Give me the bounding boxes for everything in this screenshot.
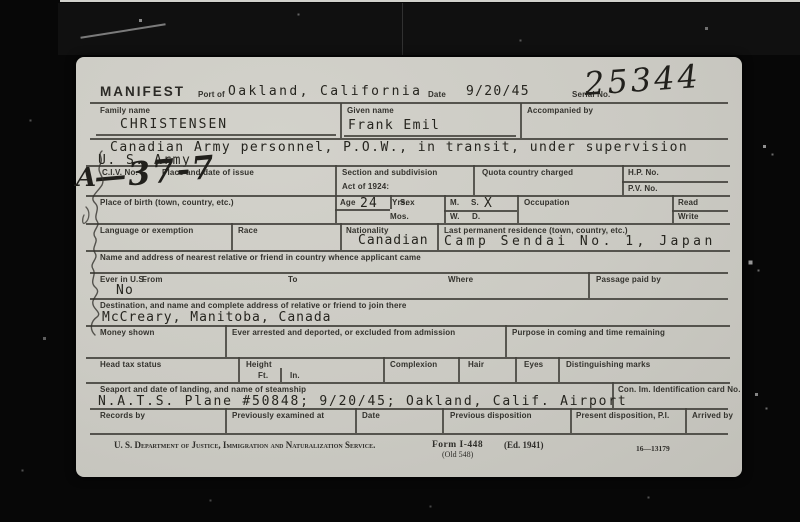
divider <box>515 357 517 382</box>
where-label: Where <box>448 275 473 284</box>
hp-no-label: H.P. No. <box>628 168 659 177</box>
occupation-label: Occupation <box>524 198 570 207</box>
nearest-relative-label: Name and address of nearest relative or … <box>100 253 421 262</box>
divider <box>238 357 240 382</box>
given-name-underline <box>344 135 516 137</box>
divider <box>280 368 282 382</box>
records-date-label: Date <box>362 411 380 420</box>
sex-label: Sex <box>400 198 415 207</box>
inches-label: In. <box>290 371 300 380</box>
previous-disposition-label: Previous disposition <box>450 411 532 420</box>
to-label: To <box>288 275 297 284</box>
rule-header <box>90 102 728 104</box>
complexion-label: Complexion <box>390 360 437 369</box>
divider <box>458 357 460 382</box>
rule-yrs-mos <box>335 209 390 211</box>
date-label: Date <box>428 90 446 99</box>
divider <box>505 325 507 357</box>
film-dust-specks <box>0 0 1 1</box>
quota-country-label: Quota country charged <box>482 168 573 177</box>
divider <box>340 103 342 138</box>
divider <box>558 357 560 382</box>
divider <box>622 165 624 195</box>
money-shown-label: Money shown <box>100 328 155 337</box>
single-x-mark: X <box>484 196 493 211</box>
widowed-label: W. <box>450 212 460 221</box>
film-scratch-vertical <box>402 3 403 55</box>
hair-label: Hair <box>468 360 484 369</box>
divider <box>520 103 522 138</box>
agency-imprint: U. S. Department of Justice, Immigration… <box>114 440 375 450</box>
rule-nationality <box>86 250 730 252</box>
divider <box>685 408 687 433</box>
margin-handwriting-illegible <box>78 149 108 339</box>
previously-examined-label: Previously examined at <box>232 411 324 420</box>
single-label: S. <box>471 198 479 207</box>
divider <box>444 195 446 223</box>
divider <box>335 165 337 195</box>
landing-value: N.A.T.S. Plane #50848; 9/20/45; Oakland,… <box>98 394 627 409</box>
ever-in-us-value: No <box>116 283 134 298</box>
divider <box>231 223 233 250</box>
rule-civ <box>86 195 730 197</box>
divider <box>340 223 342 250</box>
divider <box>517 195 519 223</box>
port-label: Port of <box>198 90 225 99</box>
mos-label: Mos. <box>390 212 409 221</box>
act-of-1924-label: Act of 1924: <box>342 182 389 191</box>
nationality-value: Canadian <box>358 233 429 248</box>
form-number: Form I-448 <box>432 440 483 450</box>
records-by-label: Records by <box>100 411 145 420</box>
passage-paid-label: Passage paid by <box>596 275 661 284</box>
married-label: M. <box>450 198 459 207</box>
given-name-value: Frank Emil <box>348 118 440 133</box>
rule-birth <box>86 223 730 225</box>
divider <box>672 195 674 223</box>
destination-label: Destination, and name and complete addre… <box>100 301 406 310</box>
family-name-underline <box>96 134 336 136</box>
accompanied-by-label: Accompanied by <box>527 106 593 115</box>
old-form-number: (Old 548) <box>442 450 473 459</box>
family-name-value: CHRISTENSEN <box>120 117 228 132</box>
race-label: Race <box>238 226 258 235</box>
divider <box>473 165 475 195</box>
arrived-by-label: Arrived by <box>692 411 733 420</box>
divorced-label: D. <box>472 212 480 221</box>
rule-money <box>86 357 730 359</box>
destination-value: McCreary, Manitoba, Canada <box>102 310 332 325</box>
from-label: From <box>142 275 163 284</box>
rule-records <box>90 433 728 435</box>
rule-hp-pv <box>622 181 728 183</box>
age-label: Age <box>340 198 356 207</box>
con-im-card-label: Con. Im. Identification card No. <box>618 385 741 394</box>
given-name-label: Given name <box>347 106 394 115</box>
language-label: Language or exemption <box>100 226 193 235</box>
pv-no-label: P.V. No. <box>628 184 658 193</box>
date-value: 9/20/45 <box>466 84 530 99</box>
section-subdivision-label: Section and subdivision <box>342 168 437 177</box>
film-frame-line <box>60 0 800 2</box>
seaport-landing-label: Seaport and date of landing, and name of… <box>100 385 306 394</box>
divider <box>390 195 392 209</box>
divider <box>355 408 357 433</box>
place-of-birth-label: Place of birth (town, country, etc.) <box>100 198 234 207</box>
rule-ever-us <box>90 298 728 300</box>
divider <box>383 357 385 382</box>
distinguishing-marks-label: Distinguishing marks <box>566 360 650 369</box>
write-label: Write <box>678 212 699 221</box>
eyes-label: Eyes <box>524 360 543 369</box>
manifest-card: MANIFEST Port of Oakland, California Dat… <box>76 57 742 477</box>
read-label: Read <box>678 198 698 207</box>
form-edition: (Ed. 1941) <box>504 440 544 450</box>
height-label: Height <box>246 360 272 369</box>
divider <box>437 223 439 250</box>
ever-arrested-label: Ever arrested and deported, or excluded … <box>232 328 455 337</box>
rule-relative <box>90 272 728 274</box>
print-code: 16—13179 <box>636 444 670 453</box>
serial-number-handwritten: 25344 <box>583 57 702 103</box>
head-tax-label: Head tax status <box>100 360 161 369</box>
feet-label: Ft. <box>258 371 268 380</box>
family-name-label: Family name <box>100 106 150 115</box>
rule-destination <box>86 325 730 327</box>
microfilm-top-band <box>58 3 800 55</box>
port-value: Oakland, California <box>228 84 422 99</box>
divider <box>588 272 590 298</box>
divider <box>225 408 227 433</box>
rule-headtax <box>86 382 730 384</box>
last-residence-value: Camp Sendai No. 1, Japan <box>444 234 716 249</box>
divider <box>442 408 444 433</box>
rule-seaport <box>90 408 728 410</box>
divider <box>570 408 572 433</box>
divider <box>225 325 227 357</box>
manifest-title: MANIFEST <box>100 84 185 99</box>
purpose-label: Purpose in coming and time remaining <box>512 328 665 337</box>
present-disposition-label: Present disposition, P.I. <box>576 411 669 420</box>
